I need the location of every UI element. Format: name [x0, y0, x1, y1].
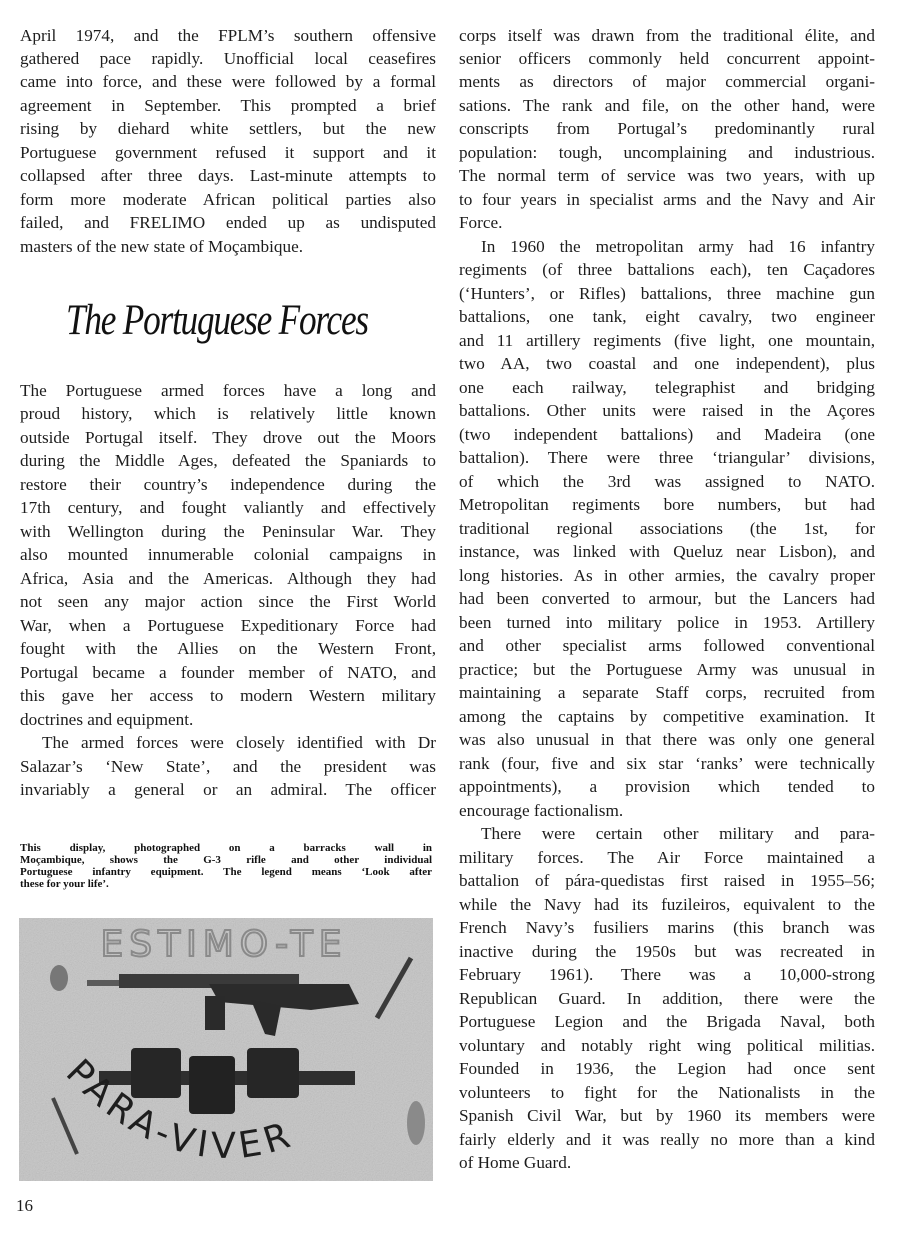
canteen-icon [407, 1101, 425, 1145]
text-line: outside Portugal itself. They drove out … [20, 426, 436, 449]
text-line: battalion). There were three ‘triangular… [459, 446, 875, 469]
text-line: Portuguese government refused it support… [20, 141, 436, 164]
text-line: proud history, which is relatively littl… [20, 402, 436, 425]
text-line: voluntary and notably right wing politic… [459, 1034, 875, 1057]
text-line: while the Navy had its fuzileiros, equiv… [459, 893, 875, 916]
text-line: invariably a general or an admiral. The … [20, 778, 436, 801]
text-line: (‘Hunters’, or Rifles) battalions, three… [459, 282, 875, 305]
text-line: The armed forces were closely identified… [20, 731, 436, 754]
text-line: practice; but the Portuguese Army was un… [459, 658, 875, 681]
text-line: fought with the Allies on the Western Fr… [20, 637, 436, 660]
text-line: of Home Guard. [459, 1151, 875, 1174]
text-line: inactive during the 1950s but was recrea… [459, 940, 875, 963]
text-line: rank (four, five and six star ‘ranks’ we… [459, 752, 875, 775]
text-line: long histories. As in other armies, the … [459, 564, 875, 587]
text-line: military forces. The Air Force maintaine… [459, 846, 875, 869]
text-line: 17th century, and fought valiantly and e… [20, 496, 436, 519]
text-line: Republican Guard. In addition, there wer… [459, 987, 875, 1010]
text-line: appointments), a provision which tended … [459, 775, 875, 798]
text-line: Metropolitan regiments bore numbers, but… [459, 493, 875, 516]
legend-top-text: ESTIMO-TE [100, 924, 347, 965]
text-line: Salazar’s ‘New State’, and the president… [20, 755, 436, 778]
text-line: instance, was linked with Queluz near Li… [459, 540, 875, 563]
text-line: battalions, one tank, eight cavalry, two… [459, 305, 875, 328]
text-line: senior officers commonly held concurrent… [459, 47, 875, 70]
text-line: not seen any major action since the Firs… [20, 590, 436, 613]
text-line: sations. The rank and file, on the other… [459, 94, 875, 117]
text-line: ments as directors of major commercial o… [459, 70, 875, 93]
text-line: French Navy’s fusiliers marins (this bra… [459, 916, 875, 939]
section-title: The Portuguese Forces [66, 296, 333, 346]
text-line: battalion of pára-quedistas first raised… [459, 869, 875, 892]
text-line: encourage factionalism. [459, 799, 875, 822]
grenade-icon [50, 965, 68, 991]
text-line: corps itself was drawn from the traditio… [459, 24, 875, 47]
text-line: masters of the new state of Moçambique. [20, 235, 436, 258]
text-line: this gave her access to modern Western m… [20, 684, 436, 707]
caption-line: Portuguese infantry equipment. The legen… [20, 866, 432, 878]
text-line: of which the 3rd was assigned to NATO. [459, 470, 875, 493]
text-line: maintaining a separate Staff corps, recr… [459, 681, 875, 704]
text-line: collapsed after three days. Last-minute … [20, 164, 436, 187]
text-line: to four years in specialist arms and the… [459, 188, 875, 211]
text-line: had been converted to armour, but the La… [459, 587, 875, 610]
text-line: been turned into military police in 1953… [459, 611, 875, 634]
text-line: Force. [459, 211, 875, 234]
barracks-wall-photo: ESTIMO-TE PARA-VIVER [19, 918, 433, 1181]
text-line: Portugal became a founder member of NATO… [20, 661, 436, 684]
text-line: regiments (of three battalions each), te… [459, 258, 875, 281]
text-line: agreement in September. This prompted a … [20, 94, 436, 117]
text-line: There were certain other military and pa… [459, 822, 875, 845]
text-line: volunteers to fight for the Nationalists… [459, 1081, 875, 1104]
text-line: Portuguese Legion and the Brigada Naval,… [459, 1010, 875, 1033]
text-line: fairly elderly and it was really no more… [459, 1128, 875, 1151]
text-line: conscripts from Portugal’s predominantly… [459, 117, 875, 140]
text-line: with Wellington during the Peninsular Wa… [20, 520, 436, 543]
text-line: two AA, two coastal and one independent)… [459, 352, 875, 375]
text-line: and other specialist arms followed conve… [459, 634, 875, 657]
text-line: In 1960 the metropolitan army had 16 inf… [459, 235, 875, 258]
text-line: battalions. Other units were raised in t… [459, 399, 875, 422]
text-line: February 1961). There was a 10,000-stron… [459, 963, 875, 986]
text-line: was also unusual in that there was only … [459, 728, 875, 751]
text-line: one each railway, telegraphist and bridg… [459, 376, 875, 399]
text-line: doctrines and equipment. [20, 708, 436, 731]
text-line: also mounted innumerable colonial campai… [20, 543, 436, 566]
text-line: failed, and FRELIMO ended up as undisput… [20, 211, 436, 234]
text-line: Africa, Asia and the Americas. Although … [20, 567, 436, 590]
text-line: among the captains by competitive examin… [459, 705, 875, 728]
text-line: War, when a Portuguese Expeditionary For… [20, 614, 436, 637]
text-line: form more moderate African political par… [20, 188, 436, 211]
text-line: and 11 artillery regiments (five light, … [459, 329, 875, 352]
text-line: population: tough, uncomplaining and ind… [459, 141, 875, 164]
text-line: The normal term of service was two years… [459, 164, 875, 187]
rifle-equipment-illustration: ESTIMO-TE PARA-VIVER [19, 918, 433, 1181]
text-line: gathered pace rapidly. Unofficial local … [20, 47, 436, 70]
text-line: The Portuguese armed forces have a long … [20, 379, 436, 402]
caption-line: This display, photographed on a barracks… [20, 842, 432, 854]
caption-line: these for your life’. [20, 878, 432, 890]
text-line: (two independent battalions) and Madeira… [459, 423, 875, 446]
text-line: rising by diehard white settlers, but th… [20, 117, 436, 140]
text-line: came into force, and these were followed… [20, 70, 436, 93]
text-line: restore their country’s independence dur… [20, 473, 436, 496]
text-line: during the Middle Ages, defeated the Spa… [20, 449, 436, 472]
page-number: 16 [16, 1196, 33, 1216]
text-line: Spanish Civil War, but by 1960 its membe… [459, 1104, 875, 1127]
text-line: traditional regional associations (the 1… [459, 517, 875, 540]
text-line: April 1974, and the FPLM’s southern offe… [20, 24, 436, 47]
text-line: Founded in 1936, the Legion had once sen… [459, 1057, 875, 1080]
caption-line: Moçambique, shows the G-3 rifle and othe… [20, 854, 432, 866]
